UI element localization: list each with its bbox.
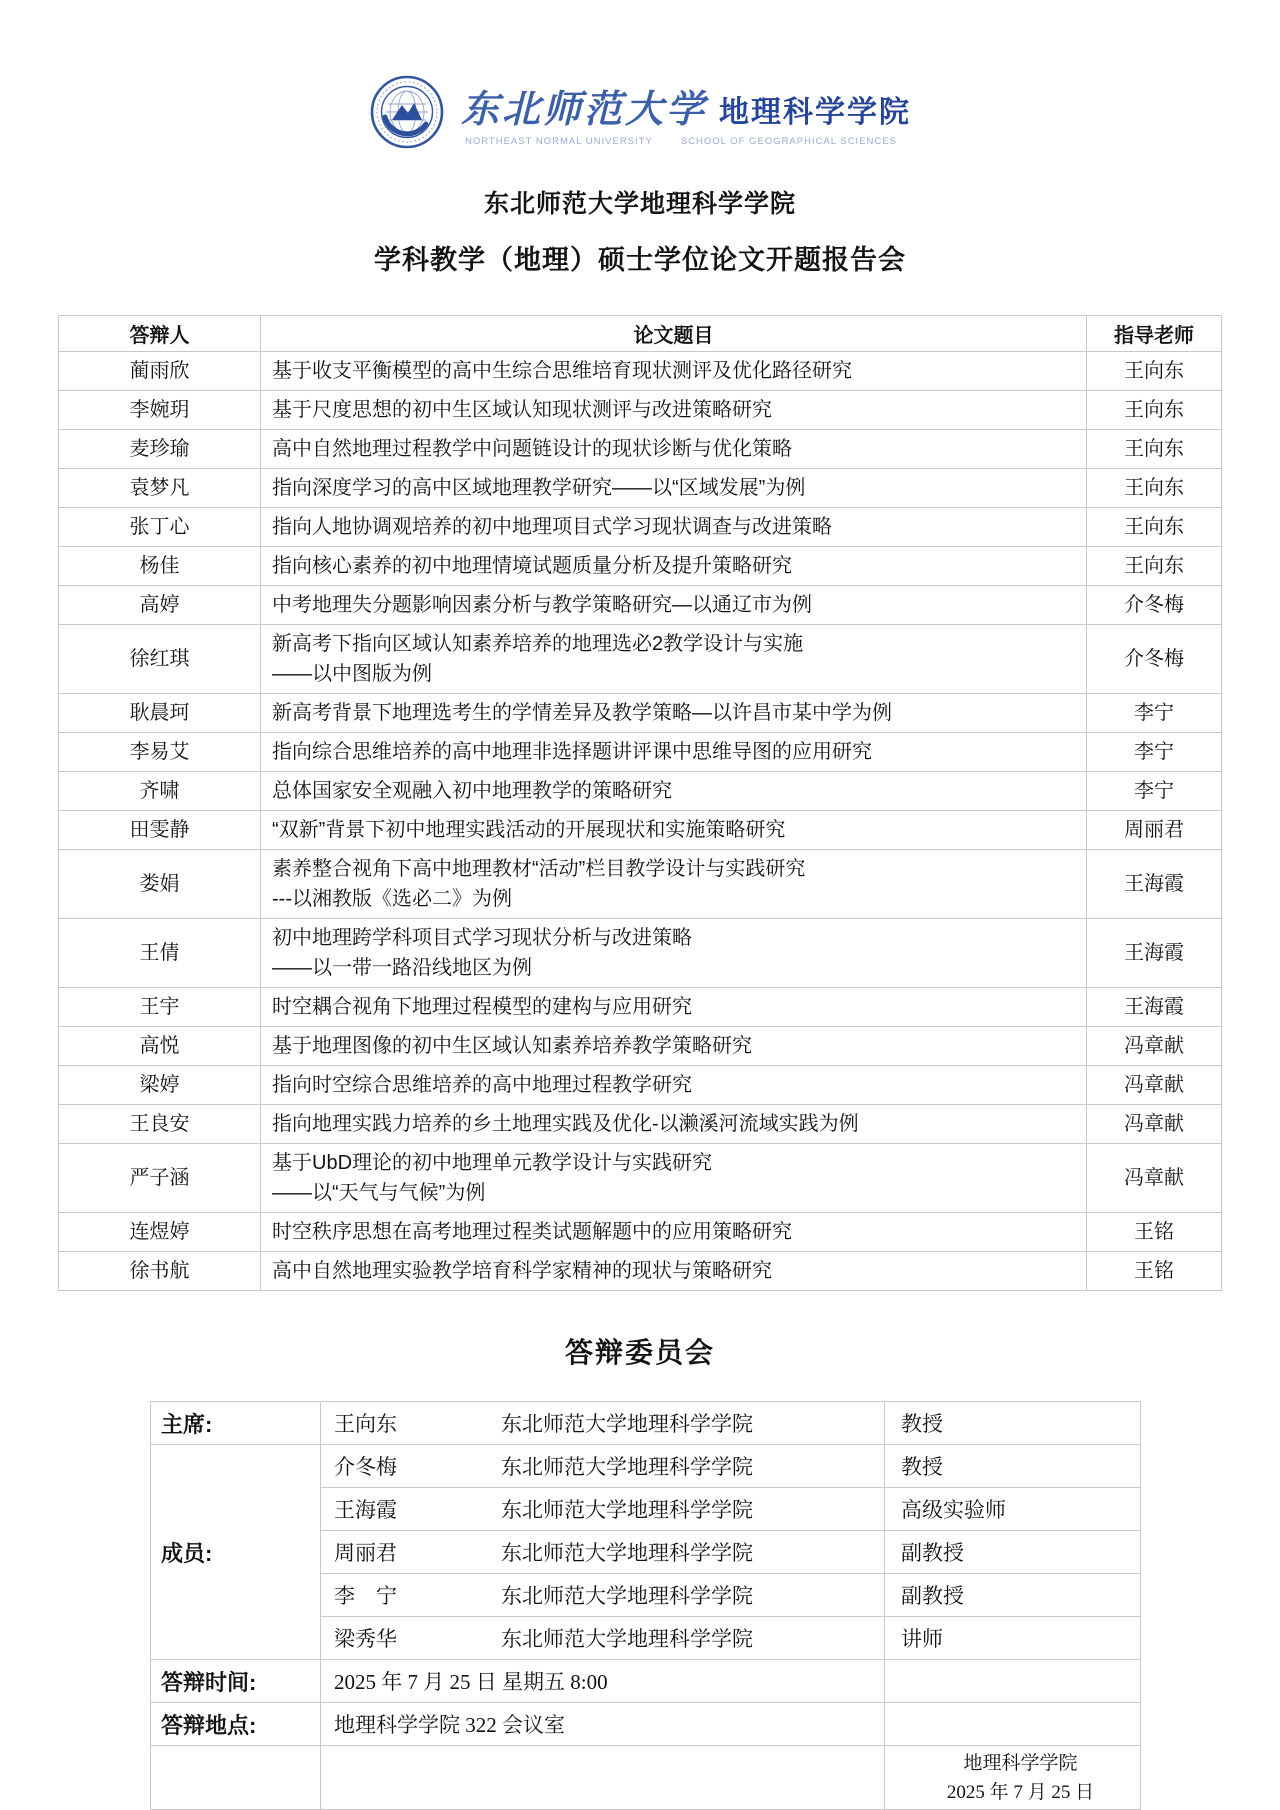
defender-name: 梁婷 <box>59 1066 261 1105</box>
defense-table-row: 耿晨珂 新高考背景下地理选考生的学情差异及教学策略—以许昌市某中学为例 李宁 <box>59 694 1222 733</box>
chair-title: 教授 <box>885 1402 1141 1445</box>
thesis-title-line: 时空秩序思想在高考地理过程类试题解题中的应用策略研究 <box>272 1217 1078 1247</box>
defense-table-row: 高悦 基于地理图像的初中生区域认知素养培养教学策略研究 冯章献 <box>59 1027 1222 1066</box>
member-org: 东北师范大学地理科学学院 <box>501 1628 753 1651</box>
defender-name: 杨佳 <box>59 547 261 586</box>
defense-table-row: 高婷 中考地理失分题影响因素分析与教学策略研究—以通辽市为例 介冬梅 <box>59 586 1222 625</box>
defense-table-row: 徐书航 高中自然地理实验教学培育科学家精神的现状与策略研究 王铭 <box>59 1252 1222 1291</box>
member-info-cell: 周丽君东北师范大学地理科学学院 <box>321 1531 885 1574</box>
advisor-name: 冯章献 <box>1087 1144 1222 1213</box>
advisor-name: 李宁 <box>1087 733 1222 772</box>
thesis-title-cell: 新高考背景下地理选考生的学情差异及教学策略—以许昌市某中学为例 <box>261 694 1087 733</box>
column-header-thesis-title: 论文题目 <box>261 316 1087 352</box>
defense-table-row: 袁梦凡 指向深度学习的高中区域地理教学研究——以“区域发展”为例 王向东 <box>59 469 1222 508</box>
advisor-name: 王向东 <box>1087 469 1222 508</box>
thesis-title-line: 基于UbD理论的初中地理单元教学设计与实践研究 <box>272 1148 1078 1178</box>
member-org: 东北师范大学地理科学学院 <box>501 1585 753 1608</box>
defense-table-row: 王良安 指向地理实践力培养的乡土地理实践及优化-以濑溪河流域实践为例 冯章献 <box>59 1105 1222 1144</box>
member-title: 讲师 <box>885 1617 1141 1660</box>
defender-name: 麦珍瑜 <box>59 430 261 469</box>
chair-label: 主席: <box>151 1402 321 1445</box>
thesis-title-cell: 总体国家安全观融入初中地理教学的策略研究 <box>261 772 1087 811</box>
defender-name: 齐啸 <box>59 772 261 811</box>
advisor-name: 王海霞 <box>1087 850 1222 919</box>
logo-english-caption: NORTHEAST NORMAL UNIVERSITY SCHOOL OF GE… <box>461 136 911 147</box>
member-org: 东北师范大学地理科学学院 <box>501 1499 753 1522</box>
thesis-title-cell: 中考地理失分题影响因素分析与教学策略研究—以通辽市为例 <box>261 586 1087 625</box>
advisor-name: 周丽君 <box>1087 811 1222 850</box>
thesis-title-line: “双新”背景下初中地理实践活动的开展现状和实施策略研究 <box>272 815 1078 845</box>
thesis-title-cell: 基于UbD理论的初中地理单元教学设计与实践研究——以“天气与气候”为例 <box>261 1144 1087 1213</box>
defense-place-label: 答辩地点: <box>151 1703 321 1746</box>
defense-table-row: 徐红琪 新高考下指向区域认知素养培养的地理选必2教学设计与实施——以中图版为例 … <box>59 625 1222 694</box>
advisor-name: 王海霞 <box>1087 988 1222 1027</box>
defense-table-row: 娄娟 素养整合视角下高中地理教材“活动”栏目教学设计与实践研究---以湘教版《选… <box>59 850 1222 919</box>
thesis-title-line: 总体国家安全观融入初中地理教学的策略研究 <box>272 776 1078 806</box>
empty-cell <box>885 1660 1141 1703</box>
defense-table-row: 李婉玥 基于尺度思想的初中生区域认知现状测评与改进策略研究 王向东 <box>59 391 1222 430</box>
defender-name: 田雯静 <box>59 811 261 850</box>
college-name-en: SCHOOL OF GEOGRAPHICAL SCIENCES <box>681 136 897 147</box>
empty-cell <box>321 1746 885 1810</box>
defense-table-header: 答辩人 论文题目 指导老师 <box>59 316 1222 352</box>
committee-time-row: 答辩时间: 2025 年 7 月 25 日 星期五 8:00 <box>151 1660 1141 1703</box>
thesis-title-cell: 高中自然地理实验教学培育科学家精神的现状与策略研究 <box>261 1252 1087 1291</box>
thesis-title-line: ——以一带一路沿线地区为例 <box>272 953 1078 983</box>
defender-name: 娄娟 <box>59 850 261 919</box>
defender-name: 严子涵 <box>59 1144 261 1213</box>
thesis-title-cell: 时空秩序思想在高考地理过程类试题解题中的应用策略研究 <box>261 1213 1087 1252</box>
member-title: 副教授 <box>885 1574 1141 1617</box>
thesis-title-cell: 高中自然地理过程教学中问题链设计的现状诊断与优化策略 <box>261 430 1087 469</box>
advisor-name: 王铭 <box>1087 1213 1222 1252</box>
member-org: 东北师范大学地理科学学院 <box>501 1456 753 1479</box>
defender-name: 连煜婷 <box>59 1213 261 1252</box>
advisor-name: 王向东 <box>1087 391 1222 430</box>
advisor-name: 冯章献 <box>1087 1066 1222 1105</box>
empty-cell <box>885 1703 1141 1746</box>
thesis-title-line: 基于收支平衡模型的高中生综合思维培育现状测评及优化路径研究 <box>272 356 1078 386</box>
defense-time-value: 2025 年 7 月 25 日 星期五 8:00 <box>321 1660 885 1703</box>
thesis-title-cell: 指向人地协调观培养的初中地理项目式学习现状调查与改进策略 <box>261 508 1087 547</box>
thesis-title-cell: 指向核心素养的初中地理情境试题质量分析及提升策略研究 <box>261 547 1087 586</box>
thesis-title-line: 指向核心素养的初中地理情境试题质量分析及提升策略研究 <box>272 551 1078 581</box>
members-label: 成员: <box>151 1445 321 1660</box>
member-title: 教授 <box>885 1445 1141 1488</box>
thesis-title-line: ——以“天气与气候”为例 <box>272 1178 1078 1208</box>
thesis-title-line: 新高考下指向区域认知素养培养的地理选必2教学设计与实施 <box>272 629 1078 659</box>
thesis-title-line: 指向时空综合思维培养的高中地理过程教学研究 <box>272 1070 1078 1100</box>
university-name-en: NORTHEAST NORMAL UNIVERSITY <box>465 136 653 147</box>
advisor-name: 李宁 <box>1087 694 1222 733</box>
defense-table-row: 齐啸 总体国家安全观融入初中地理教学的策略研究 李宁 <box>59 772 1222 811</box>
thesis-title-line: 新高考背景下地理选考生的学情差异及教学策略—以许昌市某中学为例 <box>272 698 1078 728</box>
document-page: { "logo": { "university_cn": "东北师范大学", "… <box>0 0 1280 1810</box>
member-name: 王海霞 <box>334 1494 501 1524</box>
thesis-title-line: 高中自然地理实验教学培育科学家精神的现状与策略研究 <box>272 1256 1078 1286</box>
defense-time-label: 答辩时间: <box>151 1660 321 1703</box>
advisor-name: 王向东 <box>1087 430 1222 469</box>
committee-heading: 答辩委员会 <box>0 1331 1280 1371</box>
chair-name: 王向东 <box>334 1408 501 1438</box>
member-org: 东北师范大学地理科学学院 <box>501 1542 753 1565</box>
college-name: 地理科学学院 <box>719 87 911 131</box>
defense-header-row: 答辩人 论文题目 指导老师 <box>59 316 1222 352</box>
advisor-name: 王向东 <box>1087 508 1222 547</box>
thesis-title-cell: 基于尺度思想的初中生区域认知现状测评与改进策略研究 <box>261 391 1087 430</box>
defense-table-body: 蔺雨欣 基于收支平衡模型的高中生综合思维培育现状测评及优化路径研究 王向东 李婉… <box>59 352 1222 1291</box>
advisor-name: 冯章献 <box>1087 1027 1222 1066</box>
thesis-title-cell: 新高考下指向区域认知素养培养的地理选必2教学设计与实施——以中图版为例 <box>261 625 1087 694</box>
member-name: 周丽君 <box>334 1537 501 1567</box>
defender-name: 李易艾 <box>59 733 261 772</box>
defense-table-row: 蔺雨欣 基于收支平衡模型的高中生综合思维培育现状测评及优化路径研究 王向东 <box>59 352 1222 391</box>
thesis-title-cell: 素养整合视角下高中地理教材“活动”栏目教学设计与实践研究---以湘教版《选必二》… <box>261 850 1087 919</box>
member-info-cell: 李 宁东北师范大学地理科学学院 <box>321 1574 885 1617</box>
defense-table-row: 严子涵 基于UbD理论的初中地理单元教学设计与实践研究——以“天气与气候”为例 … <box>59 1144 1222 1213</box>
thesis-title-cell: “双新”背景下初中地理实践活动的开展现状和实施策略研究 <box>261 811 1087 850</box>
logo-text-block: 东北师范大学 地理科学学院 NORTHEAST NORMAL UNIVERSIT… <box>461 78 911 147</box>
thesis-title-line: 基于尺度思想的初中生区域认知现状测评与改进策略研究 <box>272 395 1078 425</box>
defense-table-row: 麦珍瑜 高中自然地理过程教学中问题链设计的现状诊断与优化策略 王向东 <box>59 430 1222 469</box>
defense-table-row: 李易艾 指向综合思维培养的高中地理非选择题讲评课中思维导图的应用研究 李宁 <box>59 733 1222 772</box>
defense-table-row: 王宇 时空耦合视角下地理过程模型的建构与应用研究 王海霞 <box>59 988 1222 1027</box>
defender-name: 蔺雨欣 <box>59 352 261 391</box>
thesis-title-line: 初中地理跨学科项目式学习现状分析与改进策略 <box>272 923 1078 953</box>
member-title: 高级实验师 <box>885 1488 1141 1531</box>
committee-chair-row: 主席: 王向东东北师范大学地理科学学院 教授 <box>151 1402 1141 1445</box>
thesis-title-cell: 指向时空综合思维培养的高中地理过程教学研究 <box>261 1066 1087 1105</box>
committee-table: 主席: 王向东东北师范大学地理科学学院 教授 成员: 介冬梅东北师范大学地理科学… <box>150 1401 1141 1810</box>
defense-table-row: 连煜婷 时空秩序思想在高考地理过程类试题解题中的应用策略研究 王铭 <box>59 1213 1222 1252</box>
committee-table-body: 主席: 王向东东北师范大学地理科学学院 教授 成员: 介冬梅东北师范大学地理科学… <box>151 1402 1141 1810</box>
thesis-title-cell: 初中地理跨学科项目式学习现状分析与改进策略——以一带一路沿线地区为例 <box>261 919 1087 988</box>
member-info-cell: 梁秀华东北师范大学地理科学学院 <box>321 1617 885 1660</box>
advisor-name: 李宁 <box>1087 772 1222 811</box>
member-name: 梁秀华 <box>334 1623 501 1653</box>
thesis-title-line: 素养整合视角下高中地理教材“活动”栏目教学设计与实践研究 <box>272 854 1078 884</box>
thesis-title-line: ——以中图版为例 <box>272 659 1078 689</box>
defense-table-row: 王倩 初中地理跨学科项目式学习现状分析与改进策略——以一带一路沿线地区为例 王海… <box>59 919 1222 988</box>
defender-name: 王良安 <box>59 1105 261 1144</box>
member-name: 李 宁 <box>334 1580 501 1610</box>
advisor-name: 冯章献 <box>1087 1105 1222 1144</box>
signature-org: 地理科学学院 <box>901 1749 1140 1778</box>
thesis-title-line: 时空耦合视角下地理过程模型的建构与应用研究 <box>272 992 1078 1022</box>
thesis-title-line: 高中自然地理过程教学中问题链设计的现状诊断与优化策略 <box>272 434 1078 464</box>
column-header-advisor: 指导老师 <box>1087 316 1222 352</box>
defender-name: 徐红琪 <box>59 625 261 694</box>
thesis-title-line: 指向深度学习的高中区域地理教学研究——以“区域发展”为例 <box>272 473 1078 503</box>
defense-table-row: 梁婷 指向时空综合思维培养的高中地理过程教学研究 冯章献 <box>59 1066 1222 1105</box>
member-info-cell: 王海霞东北师范大学地理科学学院 <box>321 1488 885 1531</box>
thesis-title-line: 中考地理失分题影响因素分析与教学策略研究—以通辽市为例 <box>272 590 1078 620</box>
document-subtitle: 学科教学（地理）硕士学位论文开题报告会 <box>0 238 1280 277</box>
advisor-name: 王铭 <box>1087 1252 1222 1291</box>
university-seal-icon <box>369 74 445 150</box>
defender-name: 高悦 <box>59 1027 261 1066</box>
defense-table: 答辩人 论文题目 指导老师 蔺雨欣 基于收支平衡模型的高中生综合思维培育现状测评… <box>58 315 1222 1291</box>
thesis-title-line: 指向综合思维培养的高中地理非选择题讲评课中思维导图的应用研究 <box>272 737 1078 767</box>
empty-cell <box>151 1746 321 1810</box>
document-title: 东北师范大学地理科学学院 <box>0 184 1280 220</box>
thesis-title-line: 基于地理图像的初中生区域认知素养培养教学策略研究 <box>272 1031 1078 1061</box>
advisor-name: 王向东 <box>1087 547 1222 586</box>
member-title: 副教授 <box>885 1531 1141 1574</box>
defender-name: 王宇 <box>59 988 261 1027</box>
thesis-title-cell: 时空耦合视角下地理过程模型的建构与应用研究 <box>261 988 1087 1027</box>
advisor-name: 王向东 <box>1087 352 1222 391</box>
committee-member-row: 成员: 介冬梅东北师范大学地理科学学院 教授 <box>151 1445 1141 1488</box>
defender-name: 徐书航 <box>59 1252 261 1291</box>
defender-name: 李婉玥 <box>59 391 261 430</box>
member-name: 介冬梅 <box>334 1451 501 1481</box>
defender-name: 王倩 <box>59 919 261 988</box>
defender-name: 耿晨珂 <box>59 694 261 733</box>
thesis-title-line: 指向人地协调观培养的初中地理项目式学习现状调查与改进策略 <box>272 512 1078 542</box>
thesis-title-cell: 指向综合思维培养的高中地理非选择题讲评课中思维导图的应用研究 <box>261 733 1087 772</box>
advisor-name: 王海霞 <box>1087 919 1222 988</box>
defense-place-value: 地理科学学院 322 会议室 <box>321 1703 885 1746</box>
defense-table-row: 张丁心 指向人地协调观培养的初中地理项目式学习现状调查与改进策略 王向东 <box>59 508 1222 547</box>
signature-date: 2025 年 7 月 25 日 <box>901 1778 1140 1807</box>
thesis-title-cell: 基于收支平衡模型的高中生综合思维培育现状测评及优化路径研究 <box>261 352 1087 391</box>
committee-place-row: 答辩地点: 地理科学学院 322 会议室 <box>151 1703 1141 1746</box>
university-name-calligraphy: 东北师范大学 <box>461 78 707 133</box>
thesis-title-cell: 指向深度学习的高中区域地理教学研究——以“区域发展”为例 <box>261 469 1087 508</box>
thesis-title-cell: 基于地理图像的初中生区域认知素养培养教学策略研究 <box>261 1027 1087 1066</box>
advisor-name: 介冬梅 <box>1087 586 1222 625</box>
member-info-cell: 介冬梅东北师范大学地理科学学院 <box>321 1445 885 1488</box>
thesis-title-cell: 指向地理实践力培养的乡土地理实践及优化-以濑溪河流域实践为例 <box>261 1105 1087 1144</box>
committee-footer-row: 地理科学学院 2025 年 7 月 25 日 <box>151 1746 1141 1810</box>
logo-header: 东北师范大学 地理科学学院 NORTHEAST NORMAL UNIVERSIT… <box>0 70 1280 154</box>
defense-table-row: 杨佳 指向核心素养的初中地理情境试题质量分析及提升策略研究 王向东 <box>59 547 1222 586</box>
chair-info-cell: 王向东东北师范大学地理科学学院 <box>321 1402 885 1445</box>
advisor-name: 介冬梅 <box>1087 625 1222 694</box>
signature-block: 地理科学学院 2025 年 7 月 25 日 <box>885 1746 1141 1810</box>
thesis-title-line: 指向地理实践力培养的乡土地理实践及优化-以濑溪河流域实践为例 <box>272 1109 1078 1139</box>
column-header-defender: 答辩人 <box>59 316 261 352</box>
defense-table-row: 田雯静 “双新”背景下初中地理实践活动的开展现状和实施策略研究 周丽君 <box>59 811 1222 850</box>
thesis-title-line: ---以湘教版《选必二》为例 <box>272 884 1078 914</box>
defender-name: 张丁心 <box>59 508 261 547</box>
defender-name: 袁梦凡 <box>59 469 261 508</box>
defender-name: 高婷 <box>59 586 261 625</box>
chair-org: 东北师范大学地理科学学院 <box>501 1413 753 1436</box>
